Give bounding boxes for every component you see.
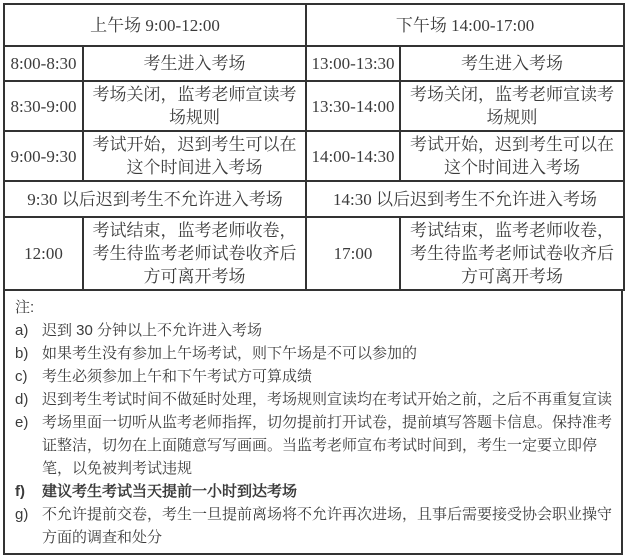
table-row: 9:30 以后迟到考生不允许进入考场 14:30 以后迟到考生不允许进入考场 (4, 181, 624, 217)
exam-schedule-sheet: 上午场 9:00-12:00 下午场 14:00-17:00 8:00-8:30… (3, 3, 623, 555)
morning-desc-cell: 考试结束，监考老师收卷，考生待监考老师试卷收齐后方可离开考场 (83, 217, 306, 290)
table-row: 8:00-8:30 考生进入考场 13:00-13:30 考生进入考场 (4, 46, 624, 81)
morning-desc-cell: 考生进入考场 (83, 46, 306, 81)
note-text: 建议考生考试当天提前一小时到达考场 (42, 480, 613, 503)
note-text: 考生必须参加上午和下午考试方可算成绩 (42, 365, 613, 388)
list-item: g) 不允许提前交卷，考生一旦提前离场将不允许再次进场，且事后需要接受协会职业操… (15, 503, 613, 549)
morning-session-header: 上午场 9:00-12:00 (4, 4, 306, 46)
list-item: e) 考场里面一切听从监考老师指挥，切勿提前打开试卷，提前填写答题卡信息。保持准… (15, 411, 613, 480)
afternoon-time-cell: 13:30-14:00 (306, 81, 400, 131)
afternoon-desc-cell: 考生进入考场 (400, 46, 624, 81)
afternoon-late-rule-cell: 14:30 以后迟到考生不允许进入考场 (306, 181, 624, 217)
note-text: 不允许提前交卷，考生一旦提前离场将不允许再次进场，且事后需要接受协会职业操守方面… (42, 503, 613, 549)
note-marker: e) (15, 411, 42, 434)
list-item: b) 如果考生没有参加上午场考试，则下午场是不可以参加的 (15, 342, 613, 365)
note-text: 迟到考生考试时间不做延时处理，考场规则宣读均在考试开始之前，之后不再重复宣读 (42, 388, 613, 411)
afternoon-desc-cell: 考试开始，迟到考生可以在这个时间进入考场 (400, 131, 624, 181)
morning-desc-cell: 考场关闭，监考老师宣读考场规则 (83, 81, 306, 131)
list-item: c) 考生必须参加上午和下午考试方可算成绩 (15, 365, 613, 388)
morning-time-cell: 12:00 (4, 217, 83, 290)
note-text: 迟到 30 分钟以上不允许进入考场 (42, 319, 613, 342)
list-item: d) 迟到考生考试时间不做延时处理，考场规则宣读均在考试开始之前，之后不再重复宣… (15, 388, 613, 411)
afternoon-time-cell: 17:00 (306, 217, 400, 290)
morning-desc-cell: 考试开始，迟到考生可以在这个时间进入考场 (83, 131, 306, 181)
morning-time-cell: 9:00-9:30 (4, 131, 83, 181)
list-item: a) 迟到 30 分钟以上不允许进入考场 (15, 319, 613, 342)
note-marker: b) (15, 342, 42, 365)
afternoon-time-cell: 13:00-13:30 (306, 46, 400, 81)
note-marker: f) (15, 480, 42, 503)
list-item: f) 建议考生考试当天提前一小时到达考场 (15, 480, 613, 503)
exam-schedule-table: 上午场 9:00-12:00 下午场 14:00-17:00 8:00-8:30… (3, 3, 625, 291)
notes-label: 注: (15, 296, 613, 319)
morning-time-cell: 8:00-8:30 (4, 46, 83, 81)
afternoon-time-cell: 14:00-14:30 (306, 131, 400, 181)
table-row: 8:30-9:00 考场关闭，监考老师宣读考场规则 13:30-14:00 考场… (4, 81, 624, 131)
morning-time-cell: 8:30-9:00 (4, 81, 83, 131)
table-row: 12:00 考试结束，监考老师收卷，考生待监考老师试卷收齐后方可离开考场 17:… (4, 217, 624, 290)
note-text: 考场里面一切听从监考老师指挥，切勿提前打开试卷，提前填写答题卡信息。保持准考证整… (42, 411, 613, 480)
afternoon-desc-cell: 考场关闭，监考老师宣读考场规则 (400, 81, 624, 131)
afternoon-session-header: 下午场 14:00-17:00 (306, 4, 624, 46)
notes-section: 注: a) 迟到 30 分钟以上不允许进入考场 b) 如果考生没有参加上午场考试… (3, 291, 623, 555)
afternoon-desc-cell: 考试结束，监考老师收卷，考生待监考老师试卷收齐后方可离开考场 (400, 217, 624, 290)
note-marker: a) (15, 319, 42, 342)
morning-late-rule-cell: 9:30 以后迟到考生不允许进入考场 (4, 181, 306, 217)
note-marker: c) (15, 365, 42, 388)
note-text: 如果考生没有参加上午场考试，则下午场是不可以参加的 (42, 342, 613, 365)
table-row: 9:00-9:30 考试开始，迟到考生可以在这个时间进入考场 14:00-14:… (4, 131, 624, 181)
note-marker: d) (15, 388, 42, 411)
table-row: 上午场 9:00-12:00 下午场 14:00-17:00 (4, 4, 624, 46)
note-marker: g) (15, 503, 42, 526)
